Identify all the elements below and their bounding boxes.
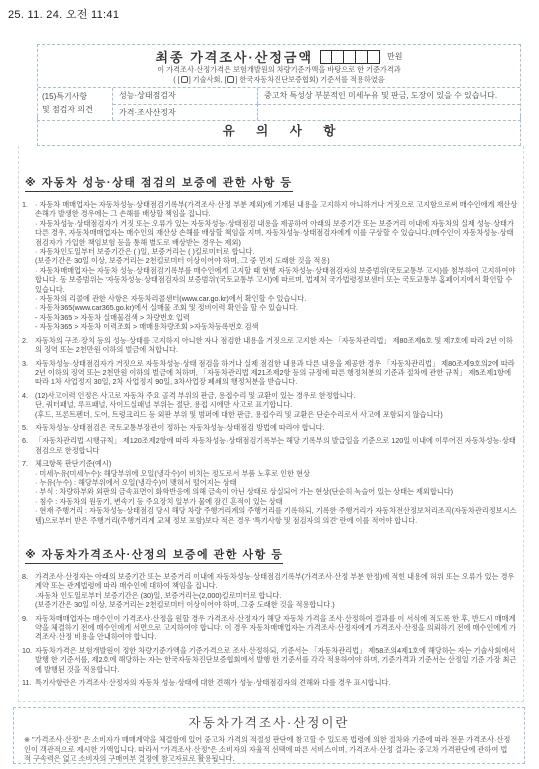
- item-line: 자동차매매업자는 매수인이 가격조사·산정을 원할 경우 가격조사·산정자가 해…: [35, 614, 519, 642]
- item-number: 9.: [21, 614, 35, 642]
- item-number: 3.: [21, 359, 35, 387]
- item-lines: 자동차의 구조·장치 등의 성능·상태를 고지하지 아니한 자나 점검한 내용을…: [35, 336, 519, 355]
- section-items: 8. 가격조사·산정자는 아래의 보증기간 또는 보증거리 이내에 자동차성능·…: [21, 572, 519, 687]
- item-number: 7.: [21, 459, 35, 525]
- section-heading: ※ 자동차 성능·상태 점검의 보증에 관한 사항 등: [25, 174, 293, 192]
- definition-title: 자동차가격조사·산정이란: [14, 713, 524, 731]
- notice-item: 5. 자동차성능·상태점검은 국토교통부장관이 정하는 자동차성능·상태점검 방…: [21, 423, 519, 432]
- standards-checkbox-icon: [181, 76, 188, 83]
- item-line: - 자동차365 > 자동차 이력조회 > 매매용차량조회 >자동차등록번호 검…: [35, 322, 519, 331]
- notice-item: 2. 자동차의 구조·장치 등의 성능·상태를 고지하지 아니한 자나 점검한 …: [21, 336, 519, 355]
- item-lines: 「자동차관리법 시행규칙」 제120조제2항에 따라 자동차성능·상태점검기록부…: [35, 436, 519, 455]
- item-number: 6.: [21, 436, 35, 455]
- item-line: · 누유(누수) : 해당부위에서 오일(냉각수)이 맺혀서 떨어지는 상태: [35, 478, 519, 487]
- amount-digit-cell: [368, 50, 380, 64]
- amount-digit-boxes: [320, 50, 380, 64]
- item-number: 4.: [21, 391, 35, 419]
- item-line: 자동차가격은 보험개발원이 정한 차량기준가액을 기준가격으로 조사·산정하되,…: [35, 646, 519, 674]
- section-items: 1. · 자동차 매매업자는 자동차성능·상태점검기록부(가격조사·산정 부분 …: [21, 200, 519, 525]
- notice-item: 10. 자동차가격은 보험개발원이 정한 차량기준가액을 기준가격으로 조사·산…: [21, 646, 519, 674]
- notice-item: 9. 자동차매매업자는 매수인이 가격조사·산정을 원할 경우 가격조사·산정자…: [21, 614, 519, 642]
- item-line: (후드, 프론트펜더, 도어, 트렁크리드 등 외판 부위 및 범퍼에 대한 판…: [35, 410, 519, 419]
- item-number: 2.: [21, 336, 35, 355]
- item-line: 「자동차관리법 시행규칙」 제120조제2항에 따라 자동차성능·상태점검기록부…: [35, 436, 519, 455]
- definition-box: 자동차가격조사·산정이란 ※ "가격조사·산정" 은 소비자가 매매계약을 체결…: [13, 707, 525, 764]
- item-line: (보증기간은 30일 이상, 보증거리는 2천킬로미터 이상이어야 하며, 그 …: [35, 256, 519, 265]
- item-line: - 자동차365 > 자동차 실매물검색 > 차량번호 입력: [35, 313, 519, 322]
- item-lines: (12)사고이력 인정은 사고로 자동차 주요 골격 부위의 판금, 용접수리 …: [35, 391, 519, 419]
- item-line: · 현재 주행거리 : 자동차성능·상태점검 당시 해당 차량 주행거리계의 주…: [35, 506, 519, 525]
- final-price-title: 최종 가격조사·산정금액: [156, 47, 314, 66]
- item-line: · 자동차인도일부터 보증기간은 ( )일, 보증거리는 ( )킬로미터로 합니…: [35, 247, 519, 256]
- item-lines: 자동차성능·상태점검자가 거짓으로 자동차성능·상태 점검을 하거나 실제 점검…: [35, 359, 519, 387]
- item-line: · 자동차의 리콜에 관한 사항은 자동차리콜센터(www.car.go.kr)…: [35, 294, 519, 303]
- inspector-role-cell: 성능·상태점검자: [113, 88, 258, 104]
- item-lines: 체크항목 판단기준(예시) · 미세누유(미세누수): 해당부위에 오일(냉각수…: [35, 459, 519, 525]
- definition-body: ※ "가격조사·산정" 은 소비자가 매매계약을 체결함에 있어 중고차 가격의…: [24, 735, 514, 764]
- notice-section: ※ 자동차 성능·상태 점검의 보증에 관한 사항 등 1. · 자동차 매매업…: [21, 173, 519, 525]
- item-line: 자동차성능·상태점검은 국토교통부장관이 정하는 자동차성능·상태점검 방법에 …: [35, 423, 519, 432]
- standards-note-part3: ] 한국자동차진단보증협회) 기준서를 적용하였음: [235, 75, 384, 84]
- item-number: 5.: [21, 423, 35, 432]
- page-timestamp: 25. 11. 24. 오전 11:41: [8, 6, 119, 22]
- notice-item: 3. 자동차성능·상태점검자가 거짓으로 자동차성능·상태 점검을 하거나 실제…: [21, 359, 519, 387]
- item-line: (12)사고이력 인정은 사고로 자동차 주요 골격 부위의 판금, 용접수리 …: [35, 391, 519, 400]
- price-basis-note: 이 가격조사·산정가격은 보험개발원의 차량기준가액을 바탕으로 한 기준가격과: [38, 65, 520, 75]
- notice-body: ※ 자동차 성능·상태 점검의 보증에 관한 사항 등 1. · 자동차 매매업…: [18, 146, 524, 702]
- item-lines: · 자동차 매매업자는 자동차성능·상태점검기록부(가격조사·산정 부분 제외)…: [35, 200, 519, 332]
- final-price-row: 최종 가격조사·산정금액 만원 이 가격조사·산정가격은 보험개발원의 차량기준…: [38, 45, 520, 88]
- item-line: · 부식 : 차량하부와 외판의 금속표면이 화학반응에 의해 금속이 아닌 상…: [35, 487, 519, 496]
- standards-note: ( [] 기술사회, [] 한국자동차진단보증협회) 기준서를 적용하였음: [38, 75, 520, 85]
- inspector-comment-cell: 중고차 특성상 부분적인 미세누유 및 판금, 도장이 있을 수 있습니다.: [258, 88, 520, 104]
- amount-digit-cell: [332, 50, 344, 64]
- notice-section: ※ 자동차가격조사·산정의 보증에 관한 사항 등 8. 가격조사·산정자는 아…: [21, 529, 519, 687]
- standards-checkbox-icon: [227, 76, 234, 83]
- item-line: 체크항목 판단기준(예시): [35, 459, 519, 468]
- item-line: (보증기간은 30일 이상, 보증거리는 2천킬로미터 이상이어야 하며, 그중…: [35, 600, 519, 609]
- item-line: · 미세누유(미세누수): 해당부위에 오일(냉각수)이 비치는 정도로서 부품…: [35, 469, 519, 478]
- item-lines: 자동차성능·상태점검은 국토교통부장관이 정하는 자동차성능·상태점검 방법에 …: [35, 423, 519, 432]
- item-number: 11.: [21, 678, 35, 687]
- final-price-table: 최종 가격조사·산정금액 만원 이 가격조사·산정가격은 보험개발원의 차량기준…: [37, 44, 521, 121]
- item-line: · 침수 : 자동차의 원동기, 변속기 등 주요장치 일부가 물에 잠긴 흔적…: [35, 497, 519, 506]
- item-line: · 자동차성능·상태점검자가 거짓 또는 오류가 있는 자동차성능·상태점검 내…: [35, 219, 519, 247]
- notice-item: 4. (12)사고이력 인정은 사고로 자동차 주요 골격 부위의 판금, 용접…: [21, 391, 519, 419]
- item-line: 자동차성능·상태점검자가 거짓으로 자동차성능·상태 점검을 하거나 실제 점검…: [35, 359, 519, 387]
- item-lines: 가격조사·산정자는 아래의 보증기간 또는 보증거리 이내에 자동차성능·상태점…: [35, 572, 519, 610]
- amount-digit-cell: [320, 50, 332, 64]
- item-number: 1.: [21, 200, 35, 332]
- item-line: 특기사항란은 가격조사·산정자의 자동차 성능·상태에 대한 견해가 성능·상태…: [35, 678, 519, 687]
- item-line: 단, 쿼터패널, 루프패널, 사이드실패널 부위는 절단, 용접 시에만 사고로…: [35, 400, 519, 409]
- notice-item: 11. 특기사항란은 가격조사·산정자의 자동차 성능·상태에 대한 견해가 성…: [21, 678, 519, 687]
- item-line: · 자동차매매업자는 자동차 성능·상태점검기록부를 매수인에게 고지할 때 현…: [35, 266, 519, 294]
- item-line: 가격조사·산정자는 아래의 보증기간 또는 보증거리 이내에 자동차성능·상태점…: [35, 572, 519, 591]
- notice-item: 8. 가격조사·산정자는 아래의 보증기간 또는 보증거리 이내에 자동차성능·…: [21, 572, 519, 610]
- notice-title: 유 의 사 항: [214, 121, 345, 139]
- item-lines: 자동차가격은 보험개발원이 정한 차량기준가액을 기준가격으로 조사·산정하되,…: [35, 646, 519, 674]
- item-line: 자동차의 구조·장치 등의 성능·상태를 고지하지 아니한 자나 점검한 내용을…: [35, 336, 519, 355]
- notice-header: 유 의 사 항: [37, 115, 521, 146]
- notice-item: 7. 체크항목 판단기준(예시) · 미세누유(미세누수): 해당부위에 오일(…: [21, 459, 519, 525]
- item-line: · 자동차 매매업자는 자동차성능·상태점검기록부(가격조사·산정 부분 제외)…: [35, 200, 519, 219]
- section-heading: ※ 자동차가격조사·산정의 보증에 관한 사항 등: [25, 546, 283, 564]
- amount-digit-cell: [344, 50, 356, 64]
- item-lines: 특기사항란은 가격조사·산정자의 자동차 성능·상태에 대한 견해가 성능·상태…: [35, 678, 519, 687]
- item-line: ·자동차 인도일로부터 보증기간은 (30)일, 보증거리는(2,000)킬로미…: [35, 591, 519, 600]
- special-notes-label-line1: (15)특기사항: [42, 90, 108, 103]
- item-lines: 자동차매매업자는 매수인이 가격조사·산정을 원할 경우 가격조사·산정자가 해…: [35, 614, 519, 642]
- notice-item: 6. 「자동차관리법 시행규칙」 제120조제2항에 따라 자동차성능·상태점검…: [21, 436, 519, 455]
- standards-note-part1: ( [: [173, 75, 179, 84]
- amount-digit-cell: [356, 50, 368, 64]
- item-line: · 자동차365(www.car365.go.kr)에서 실매물 조회 및 정비…: [35, 303, 519, 312]
- item-number: 10.: [21, 646, 35, 674]
- standards-note-part2: ] 기술사회, [: [189, 75, 227, 84]
- notice-item: 1. · 자동차 매매업자는 자동차성능·상태점검기록부(가격조사·산정 부분 …: [21, 200, 519, 332]
- item-number: 8.: [21, 572, 35, 610]
- amount-unit-label: 만원: [387, 51, 402, 62]
